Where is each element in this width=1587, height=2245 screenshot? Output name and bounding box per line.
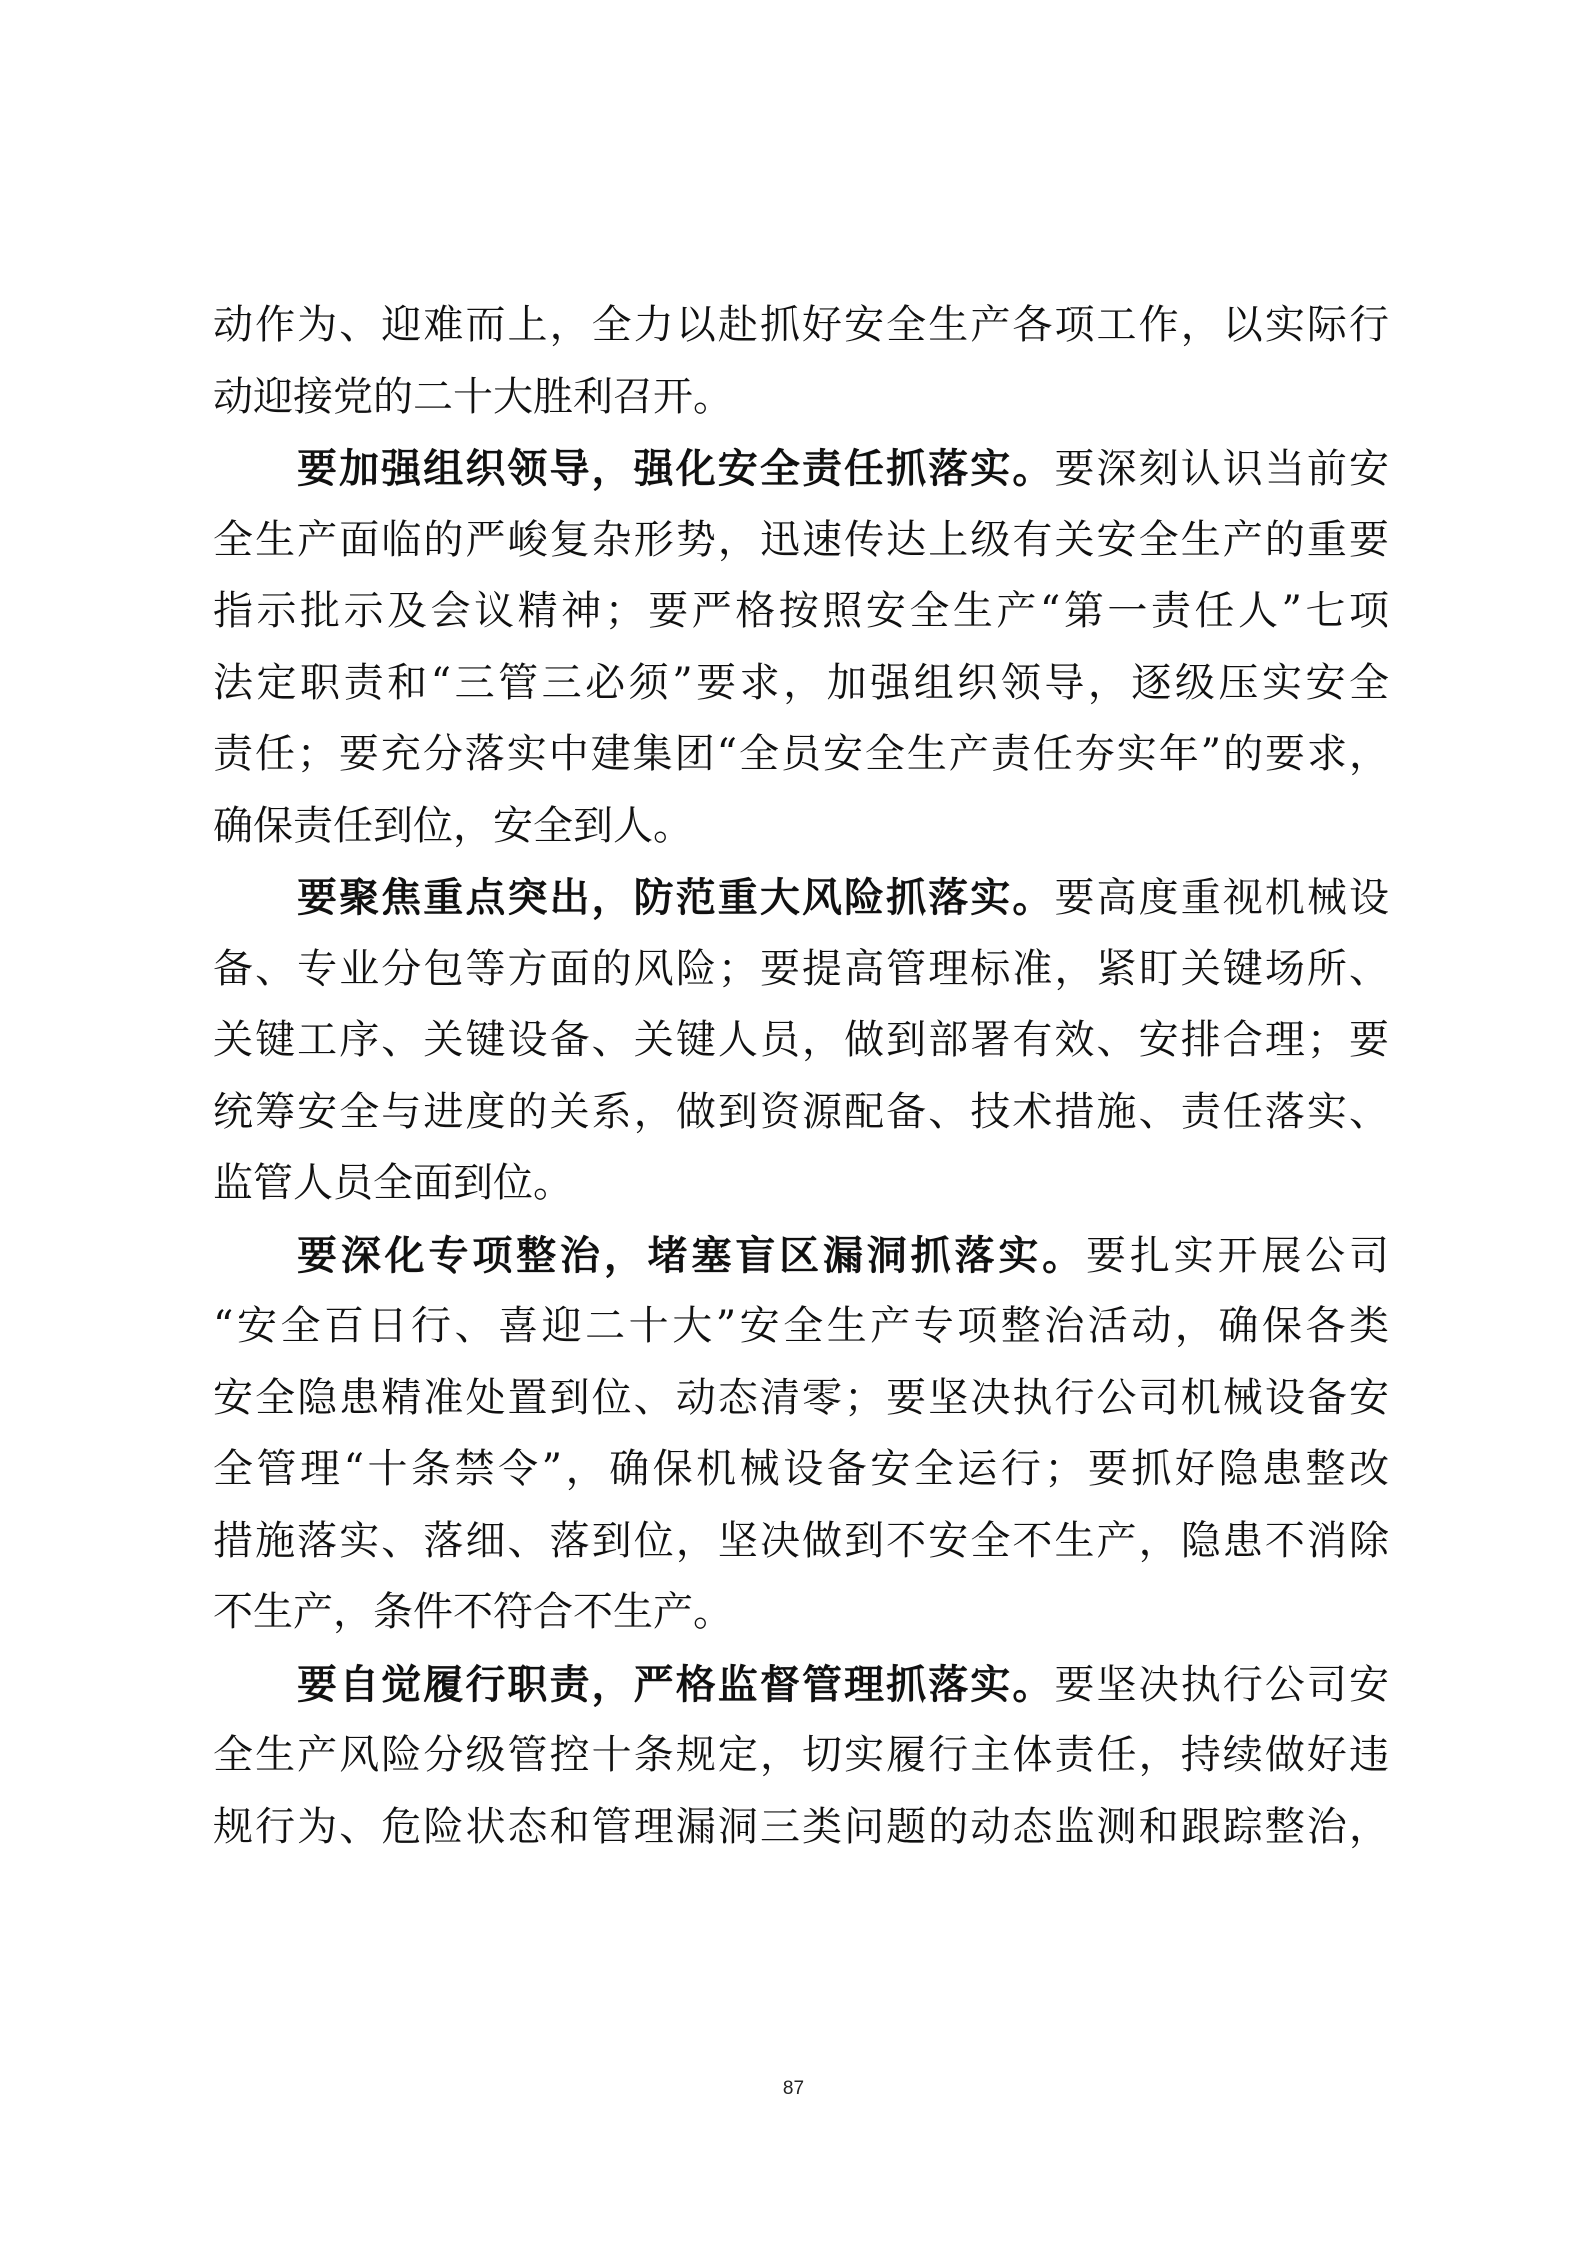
text-line: 监管人员全面到位。 (213, 1148, 1389, 1220)
text-line: 备、专业分包等方面的风险；要提高管理标准，紧盯关键场所、 (213, 934, 1389, 1006)
text-line: 全管理“十条禁令”，确保机械设备安全运行；要抓好隐患整改 (213, 1434, 1389, 1506)
text-line: 措施落实、落细、落到位，坚决做到不安全不生产，隐患不消除 (213, 1506, 1389, 1578)
document-page: 动作为、迎难而上，全力以赴抓好安全生产各项工作，以实际行 动迎接党的二十大胜利召… (0, 0, 1587, 2245)
text-line: “安全百日行、喜迎二十大”安全生产专项整治活动，确保各类 (213, 1291, 1389, 1363)
text-line: 安全隐患精准处置到位、动态清零；要坚决执行公司机械设备安 (213, 1363, 1389, 1435)
text-line: 确保责任到位，安全到人。 (213, 791, 1389, 863)
paragraph-lead-bold: 要深化专项整治，堵塞盲区漏洞抓落实。 (297, 1232, 1086, 1279)
paragraph-heading-line: 要深化专项整治，堵塞盲区漏洞抓落实。要扎实开展公司 (213, 1220, 1389, 1292)
page-number: 87 (0, 2078, 1587, 2100)
text-line: 关键工序、关键设备、关键人员，做到部署有效、安排合理；要 (213, 1005, 1389, 1077)
paragraph-lead-rest: 要高度重视机械设 (1054, 875, 1389, 921)
text-line: 指示批示及会议精神；要严格按照安全生产“第一责任人”七项 (213, 576, 1389, 648)
text-line: 全生产风险分级管控十条规定，切实履行主体责任，持续做好违 (213, 1720, 1389, 1792)
paragraph-lead-bold: 要自觉履行职责，严格监督管理抓落实。 (297, 1661, 1054, 1708)
paragraph-lead-bold: 要加强组织领导，强化安全责任抓落实。 (297, 445, 1054, 492)
paragraph-lead-bold: 要聚焦重点突出，防范重大风险抓落实。 (297, 874, 1054, 921)
paragraph-heading-line: 要加强组织领导，强化安全责任抓落实。要深刻认识当前安 (213, 433, 1389, 505)
text-line: 全生产面临的严峻复杂形势，迅速传达上级有关安全生产的重要 (213, 505, 1389, 577)
text-line: 责任；要充分落实中建集团“全员安全生产责任夯实年”的要求， (213, 719, 1389, 791)
paragraph-heading-line: 要聚焦重点突出，防范重大风险抓落实。要高度重视机械设 (213, 862, 1389, 934)
text-line: 不生产，条件不符合不生产。 (213, 1577, 1389, 1649)
text-line: 动迎接党的二十大胜利召开。 (213, 362, 1389, 434)
paragraph-heading-line: 要自觉履行职责，严格监督管理抓落实。要坚决执行公司安 (213, 1649, 1389, 1721)
text-line: 动作为、迎难而上，全力以赴抓好安全生产各项工作，以实际行 (213, 290, 1389, 362)
text-line: 统筹安全与进度的关系，做到资源配备、技术措施、责任落实、 (213, 1077, 1389, 1149)
paragraph-lead-rest: 要扎实开展公司 (1086, 1233, 1389, 1279)
paragraph-lead-rest: 要坚决执行公司安 (1054, 1662, 1389, 1708)
paragraph-lead-rest: 要深刻认识当前安 (1054, 446, 1389, 492)
text-line: 规行为、危险状态和管理漏洞三类问题的动态监测和跟踪整治， (213, 1792, 1389, 1864)
text-line: 法定职责和“三管三必须”要求，加强组织领导，逐级压实安全 (213, 648, 1389, 720)
document-body: 动作为、迎难而上，全力以赴抓好安全生产各项工作，以实际行 动迎接党的二十大胜利召… (213, 290, 1389, 1863)
